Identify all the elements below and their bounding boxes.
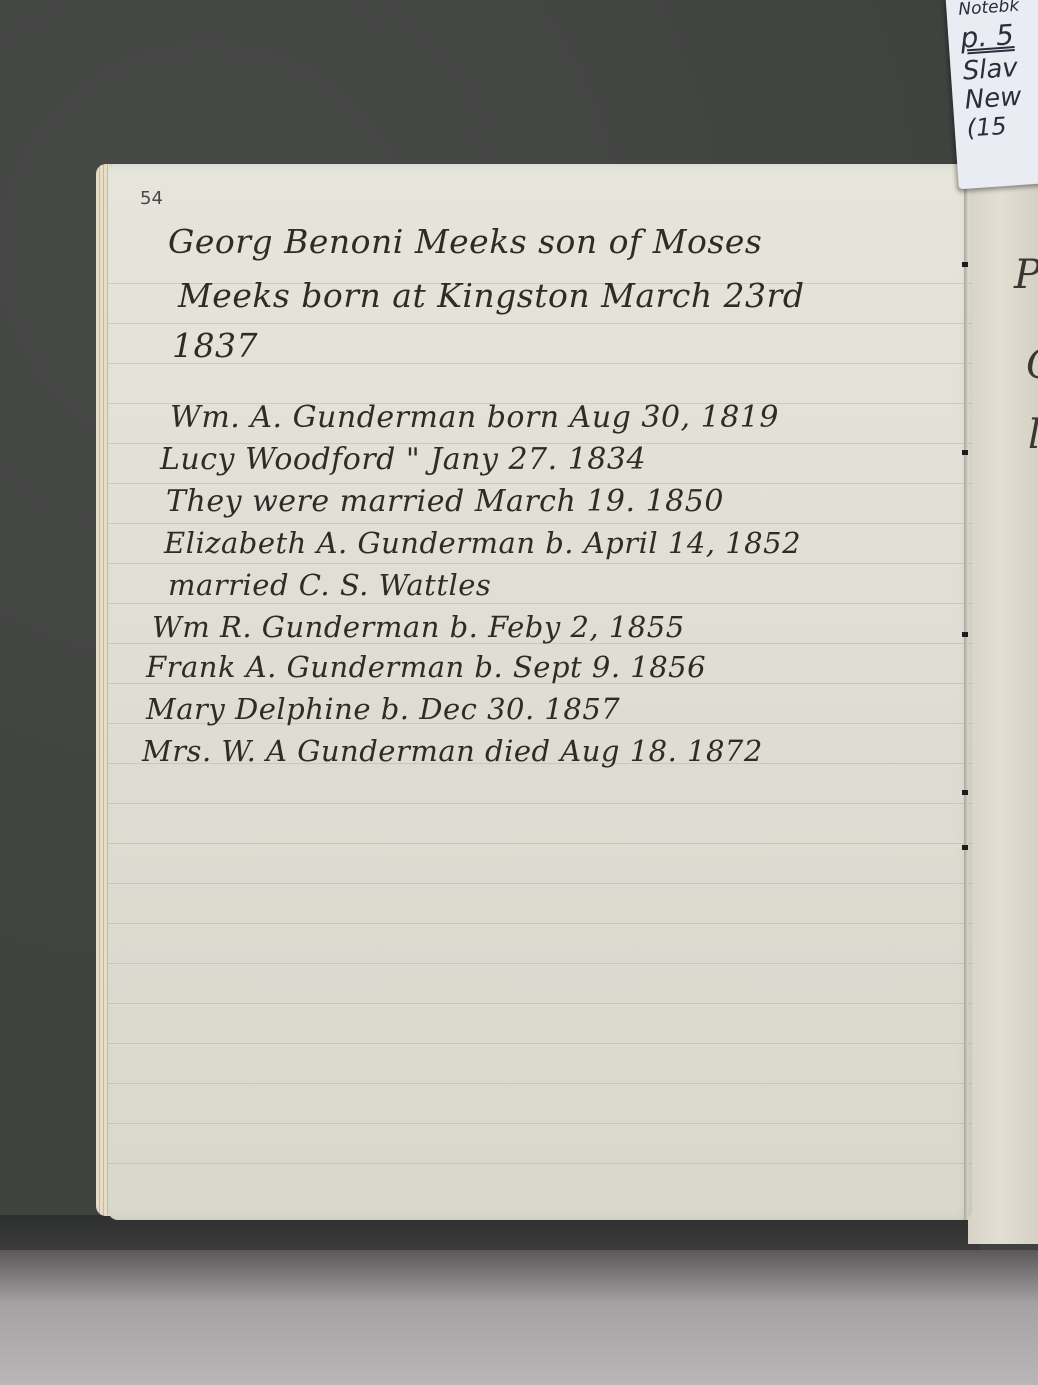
handwritten-line: Elizabeth A. Gunderman b. April 14, 1852: [164, 526, 801, 560]
handwritten-line: Lucy Woodford " Jany 27. 1834: [160, 442, 646, 477]
handwritten-line: Georg Benoni Meeks son of Moses: [168, 222, 762, 261]
handwritten-line: married C. S. Wattles: [168, 568, 491, 602]
handwritten-line: Mary Delphine b. Dec 30. 1857: [146, 692, 620, 726]
handwritten-line: Wm R. Gunderman b. Feby 2, 1855: [152, 610, 685, 644]
handwritten-line: Frank A. Gunderman b. Sept 9. 1856: [146, 650, 706, 684]
handwritten-line: Mrs. W. A Gunderman died Aug 18. 1872: [142, 734, 763, 768]
handwritten-line: Wm. A. Gunderman born Aug 30, 1819: [170, 400, 779, 435]
handwritten-line: 1837: [172, 326, 258, 365]
handwritten-entries: Georg Benoni Meeks son of MosesMeeks bor…: [0, 0, 1038, 1385]
handwritten-line: They were married March 19. 1850: [166, 484, 724, 519]
handwritten-line: Meeks born at Kingston March 23rd: [178, 276, 804, 315]
